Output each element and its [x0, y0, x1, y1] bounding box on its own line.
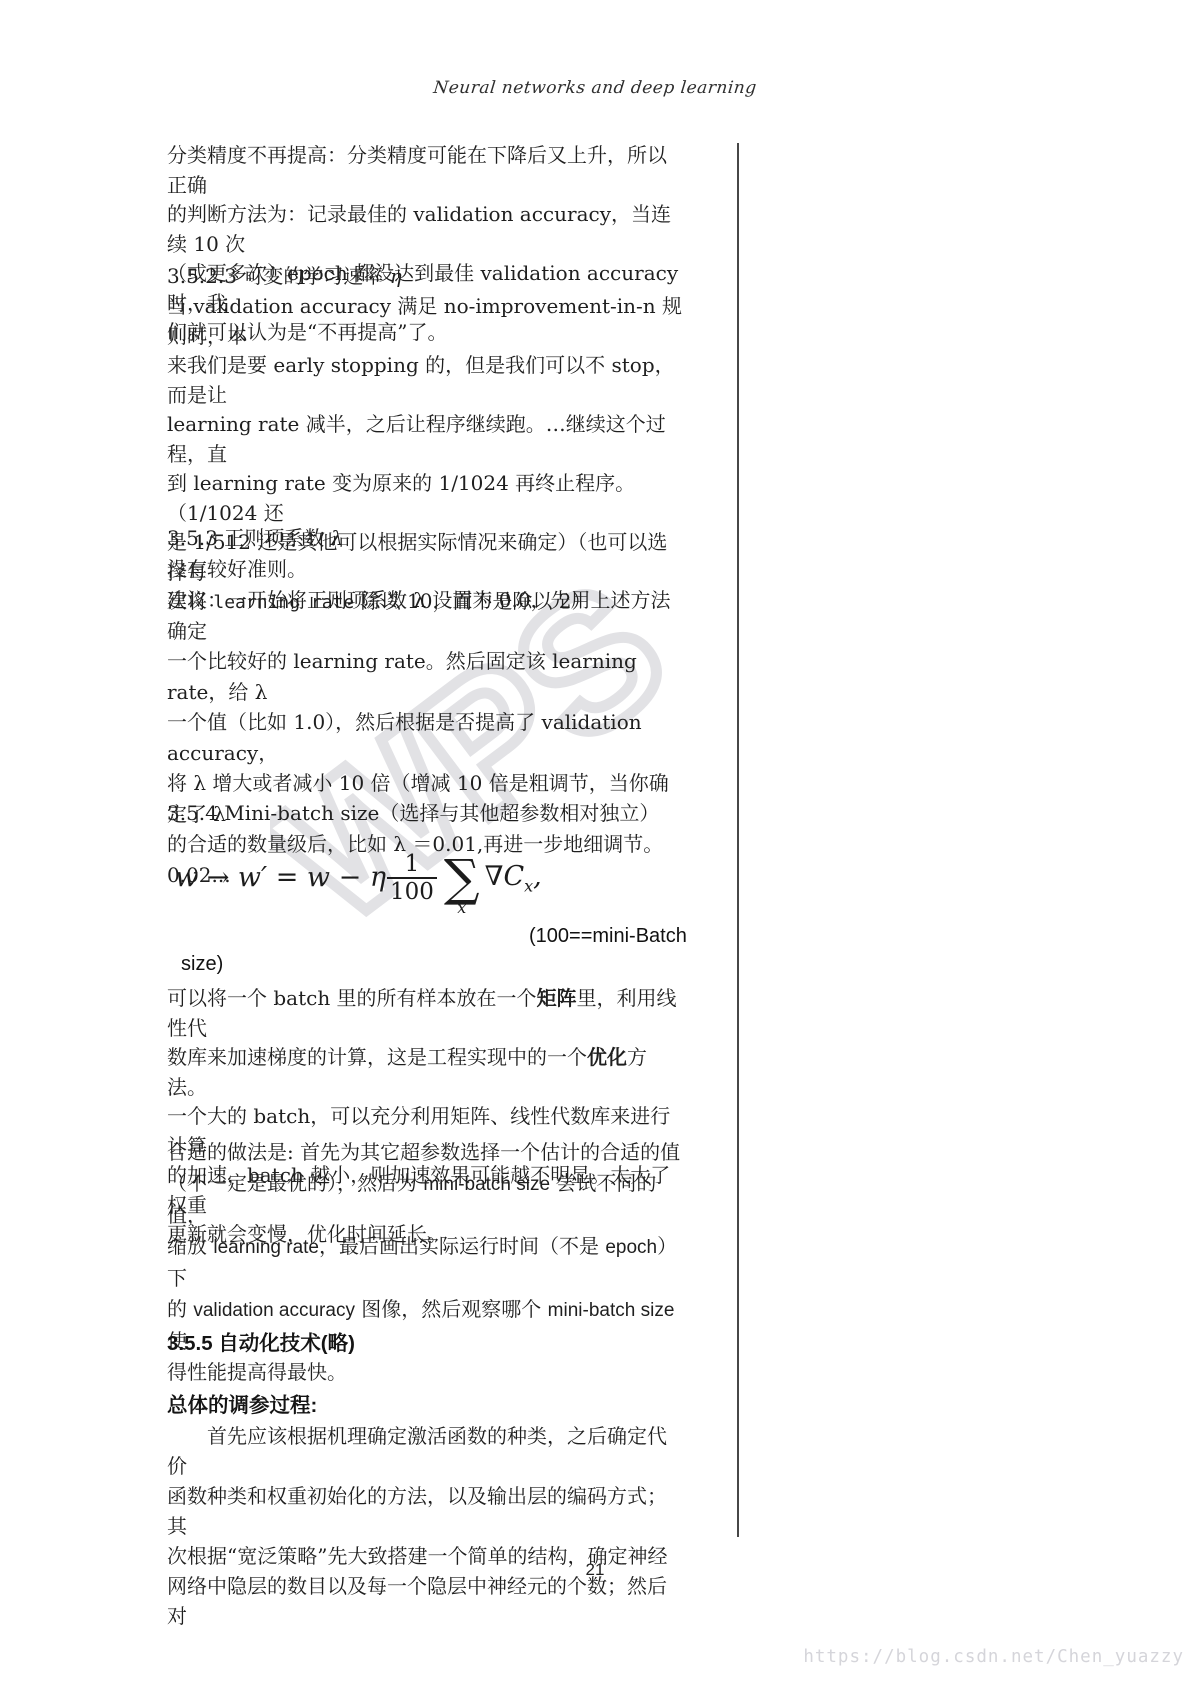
- para-overall-process: 首先应该根据机理确定激活函数的种类，之后确定代价 函数种类和权重初始化的方法，以…: [167, 1421, 683, 1631]
- sigma-icon: ∑: [444, 856, 480, 901]
- heading-3-5-4: 3.5.4 Mini-batch size（选择与其他超参数相对独立）: [167, 799, 683, 829]
- document-page: WPS Neural networks and deep learning 分类…: [0, 0, 1190, 1683]
- formula-lhs: w → w′ = w − η: [175, 862, 386, 893]
- heading-3-5-3: 3.5.3 正则项系数 λ: [167, 524, 683, 554]
- mini-batch-note-line2: size): [181, 953, 223, 976]
- weight-update-formula: w → w′ = w − η 1 100 ∑ x ∇Cx,: [175, 848, 542, 907]
- heading-3-5-2-3: 3.5.2.3 可变的学习速率 η: [167, 262, 683, 292]
- csdn-url-watermark: https://blog.csdn.net/Chen_yuazzy: [803, 1647, 1184, 1667]
- para-no-rule: 没有较好准则。: [167, 555, 683, 585]
- heading-overall-process: 总体的调参过程:: [167, 1391, 683, 1421]
- heading-3-5-5: 3.5.5 自动化技术(略): [167, 1329, 683, 1359]
- column-rule-line: [737, 143, 739, 1537]
- formula-gradient: ∇Cx,: [485, 861, 542, 895]
- page-header-title: Neural networks and deep learning: [0, 78, 1190, 98]
- formula-fraction: 1 100: [387, 852, 437, 904]
- formula-summation: ∑ x: [444, 856, 480, 915]
- mini-batch-note-line1: (100==mini-Batch: [529, 925, 687, 948]
- para-lambda-suggestion: 建议：一开始将正则项系数 λ 设置为 0.0，先用上述方法确定 一个比较好的 l…: [167, 585, 683, 890]
